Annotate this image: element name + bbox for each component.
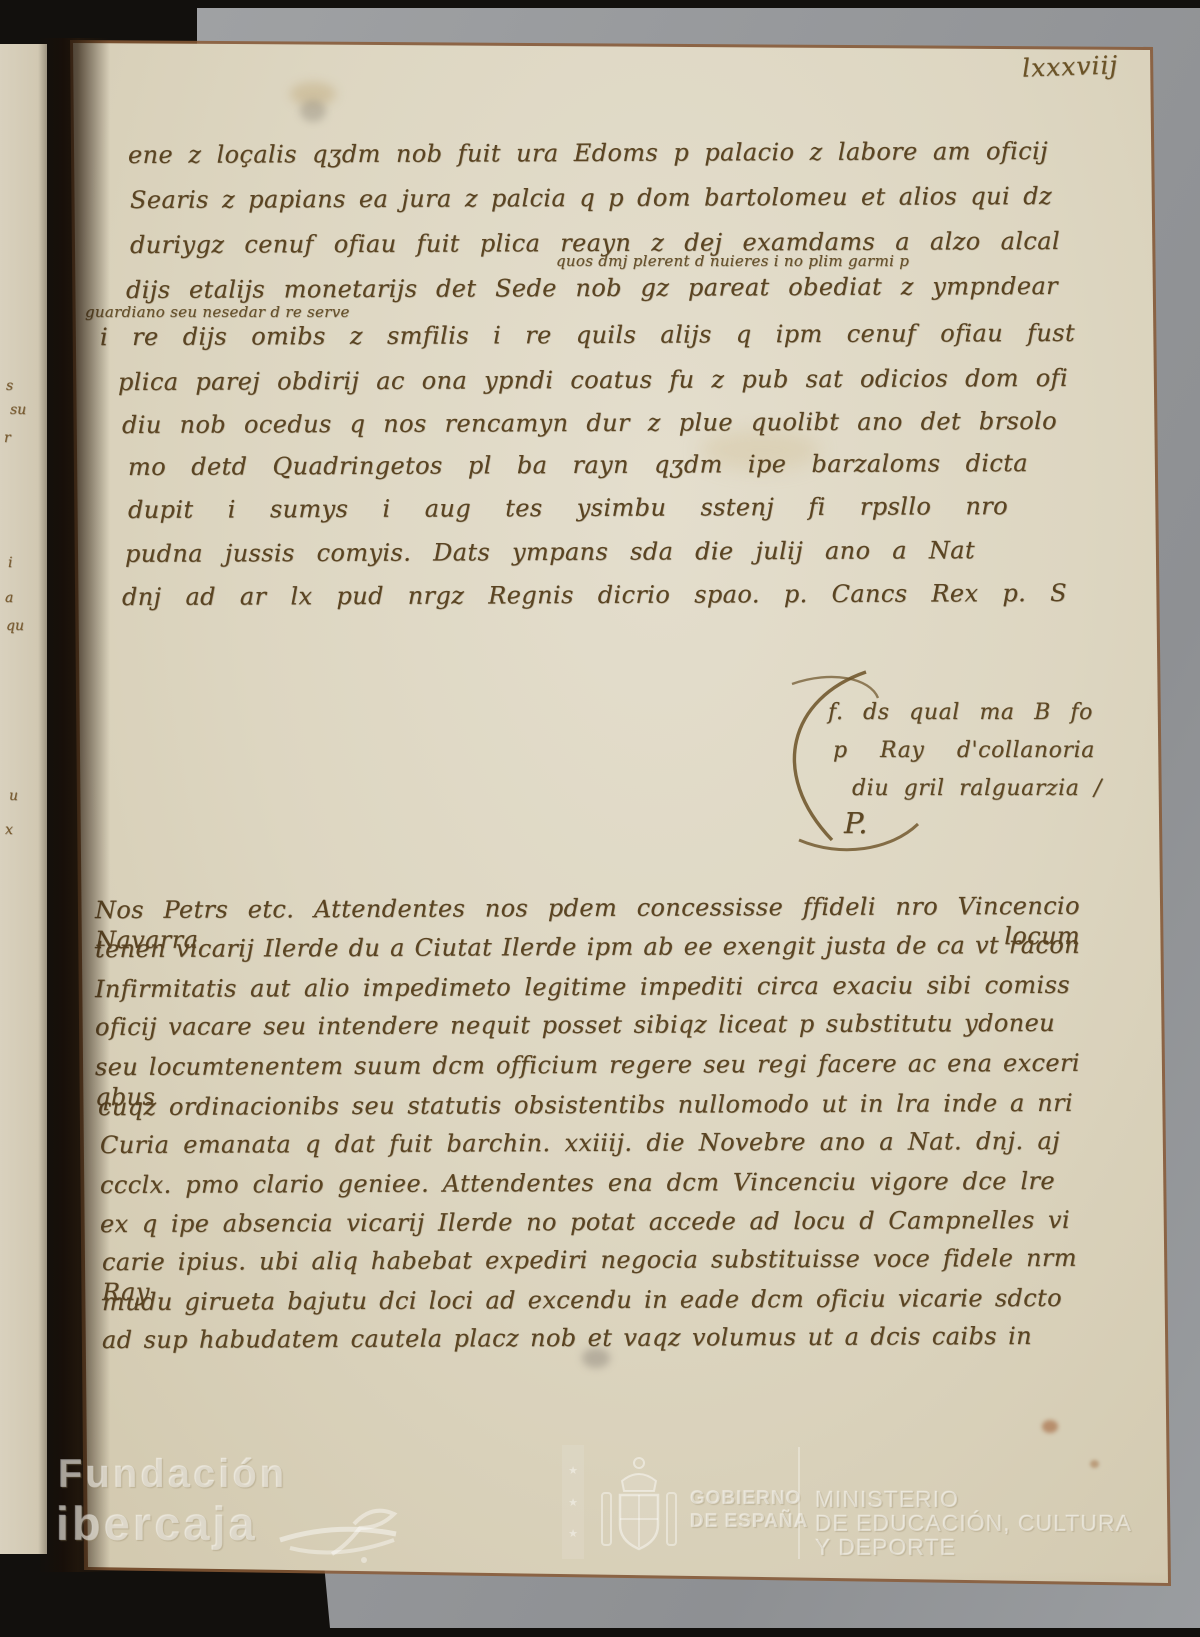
manuscript-line: pudna jussis comyis. Dats ympans sda die…: [125, 535, 975, 569]
manuscript-scan: lxxxviij s su r i a qu u x ene z loçalis…: [0, 0, 1200, 1637]
manuscript-line: i re dijs omibs z smfilis i re quils ali…: [100, 318, 1075, 352]
manuscript-line: Searis z papians ea jura z palcia q p do…: [130, 181, 1052, 215]
star-icon: ★: [568, 1527, 578, 1540]
signature-line: p Ray d'collanoria: [833, 738, 1095, 763]
facing-page-mark: u: [9, 788, 18, 804]
manuscript-line: cuqz ordinacionibs seu statutis obsisten…: [98, 1088, 1073, 1122]
facing-page-edge: [0, 44, 47, 1554]
manuscript-line: dijs etalijs monetarijs det Sede nob gz …: [126, 271, 1058, 305]
manuscript-line: ene z loçalis qʒdm nob fuit ura Edoms p …: [128, 136, 1048, 170]
gobierno-stars-bar: ★ ★ ★: [562, 1445, 584, 1559]
manuscript-line: Curia emanata q dat fuit barchin. xxiiij…: [100, 1126, 1060, 1160]
manuscript-line: dnj ad ar lx pud nrgz Regnis dicrio spao…: [122, 578, 1067, 612]
star-icon: ★: [568, 1464, 578, 1477]
manuscript-line: dupit i sumys i aug tes ysimbu sstenj fi…: [128, 491, 1008, 525]
manuscript-line: ad sup habudatem cautela placz nob et va…: [102, 1321, 1032, 1355]
facing-page-mark: qu: [6, 618, 24, 634]
facing-page-mark: s: [6, 378, 13, 394]
manuscript-line: mo detd Quadringetos pl ba rayn qʒdm ipe…: [128, 448, 1028, 482]
manuscript-line: Infirmitatis aut alio impedimeto legitim…: [95, 970, 1070, 1004]
manuscript-line: diu nob ocedus q nos rencamyn dur z plue…: [122, 406, 1057, 440]
margin-note: guardiano seu nesedar d re serve: [85, 303, 415, 321]
manuscript-line: tenen vicarij Ilerde du a Ciutat Ilerde …: [95, 930, 1080, 964]
facing-page-mark: r: [4, 430, 11, 446]
facing-page-mark: su: [10, 402, 26, 418]
facing-page-mark: a: [5, 590, 13, 606]
watermark-divider: [798, 1447, 800, 1559]
interlinear-addition: quos dmj plerent d nuieres i no plim gar…: [556, 252, 1071, 270]
facing-page-mark: i: [8, 555, 12, 571]
manuscript-line: ex q ipe absencia vicarij Ilerde no pota…: [100, 1205, 1070, 1239]
star-icon: ★: [568, 1496, 578, 1509]
signature-line: f. ds qual ma B fo: [828, 700, 1093, 725]
signature-line: diu gril ralguarzia /: [852, 776, 1102, 801]
folio-number: lxxxviij: [1022, 50, 1119, 82]
manuscript-line: oficij vacare seu intendere nequit posse…: [95, 1008, 1055, 1042]
facing-page-mark: x: [5, 822, 13, 838]
manuscript-line: ccclx. pmo clario geniee. Attendentes en…: [100, 1166, 1055, 1200]
signature-flourish: [796, 818, 921, 860]
manuscript-line: mudu girueta bajutu dci loci ad excendu …: [102, 1283, 1062, 1317]
manuscript-line: plica parej obdirij ac ona ypndi coatus …: [118, 363, 1068, 397]
